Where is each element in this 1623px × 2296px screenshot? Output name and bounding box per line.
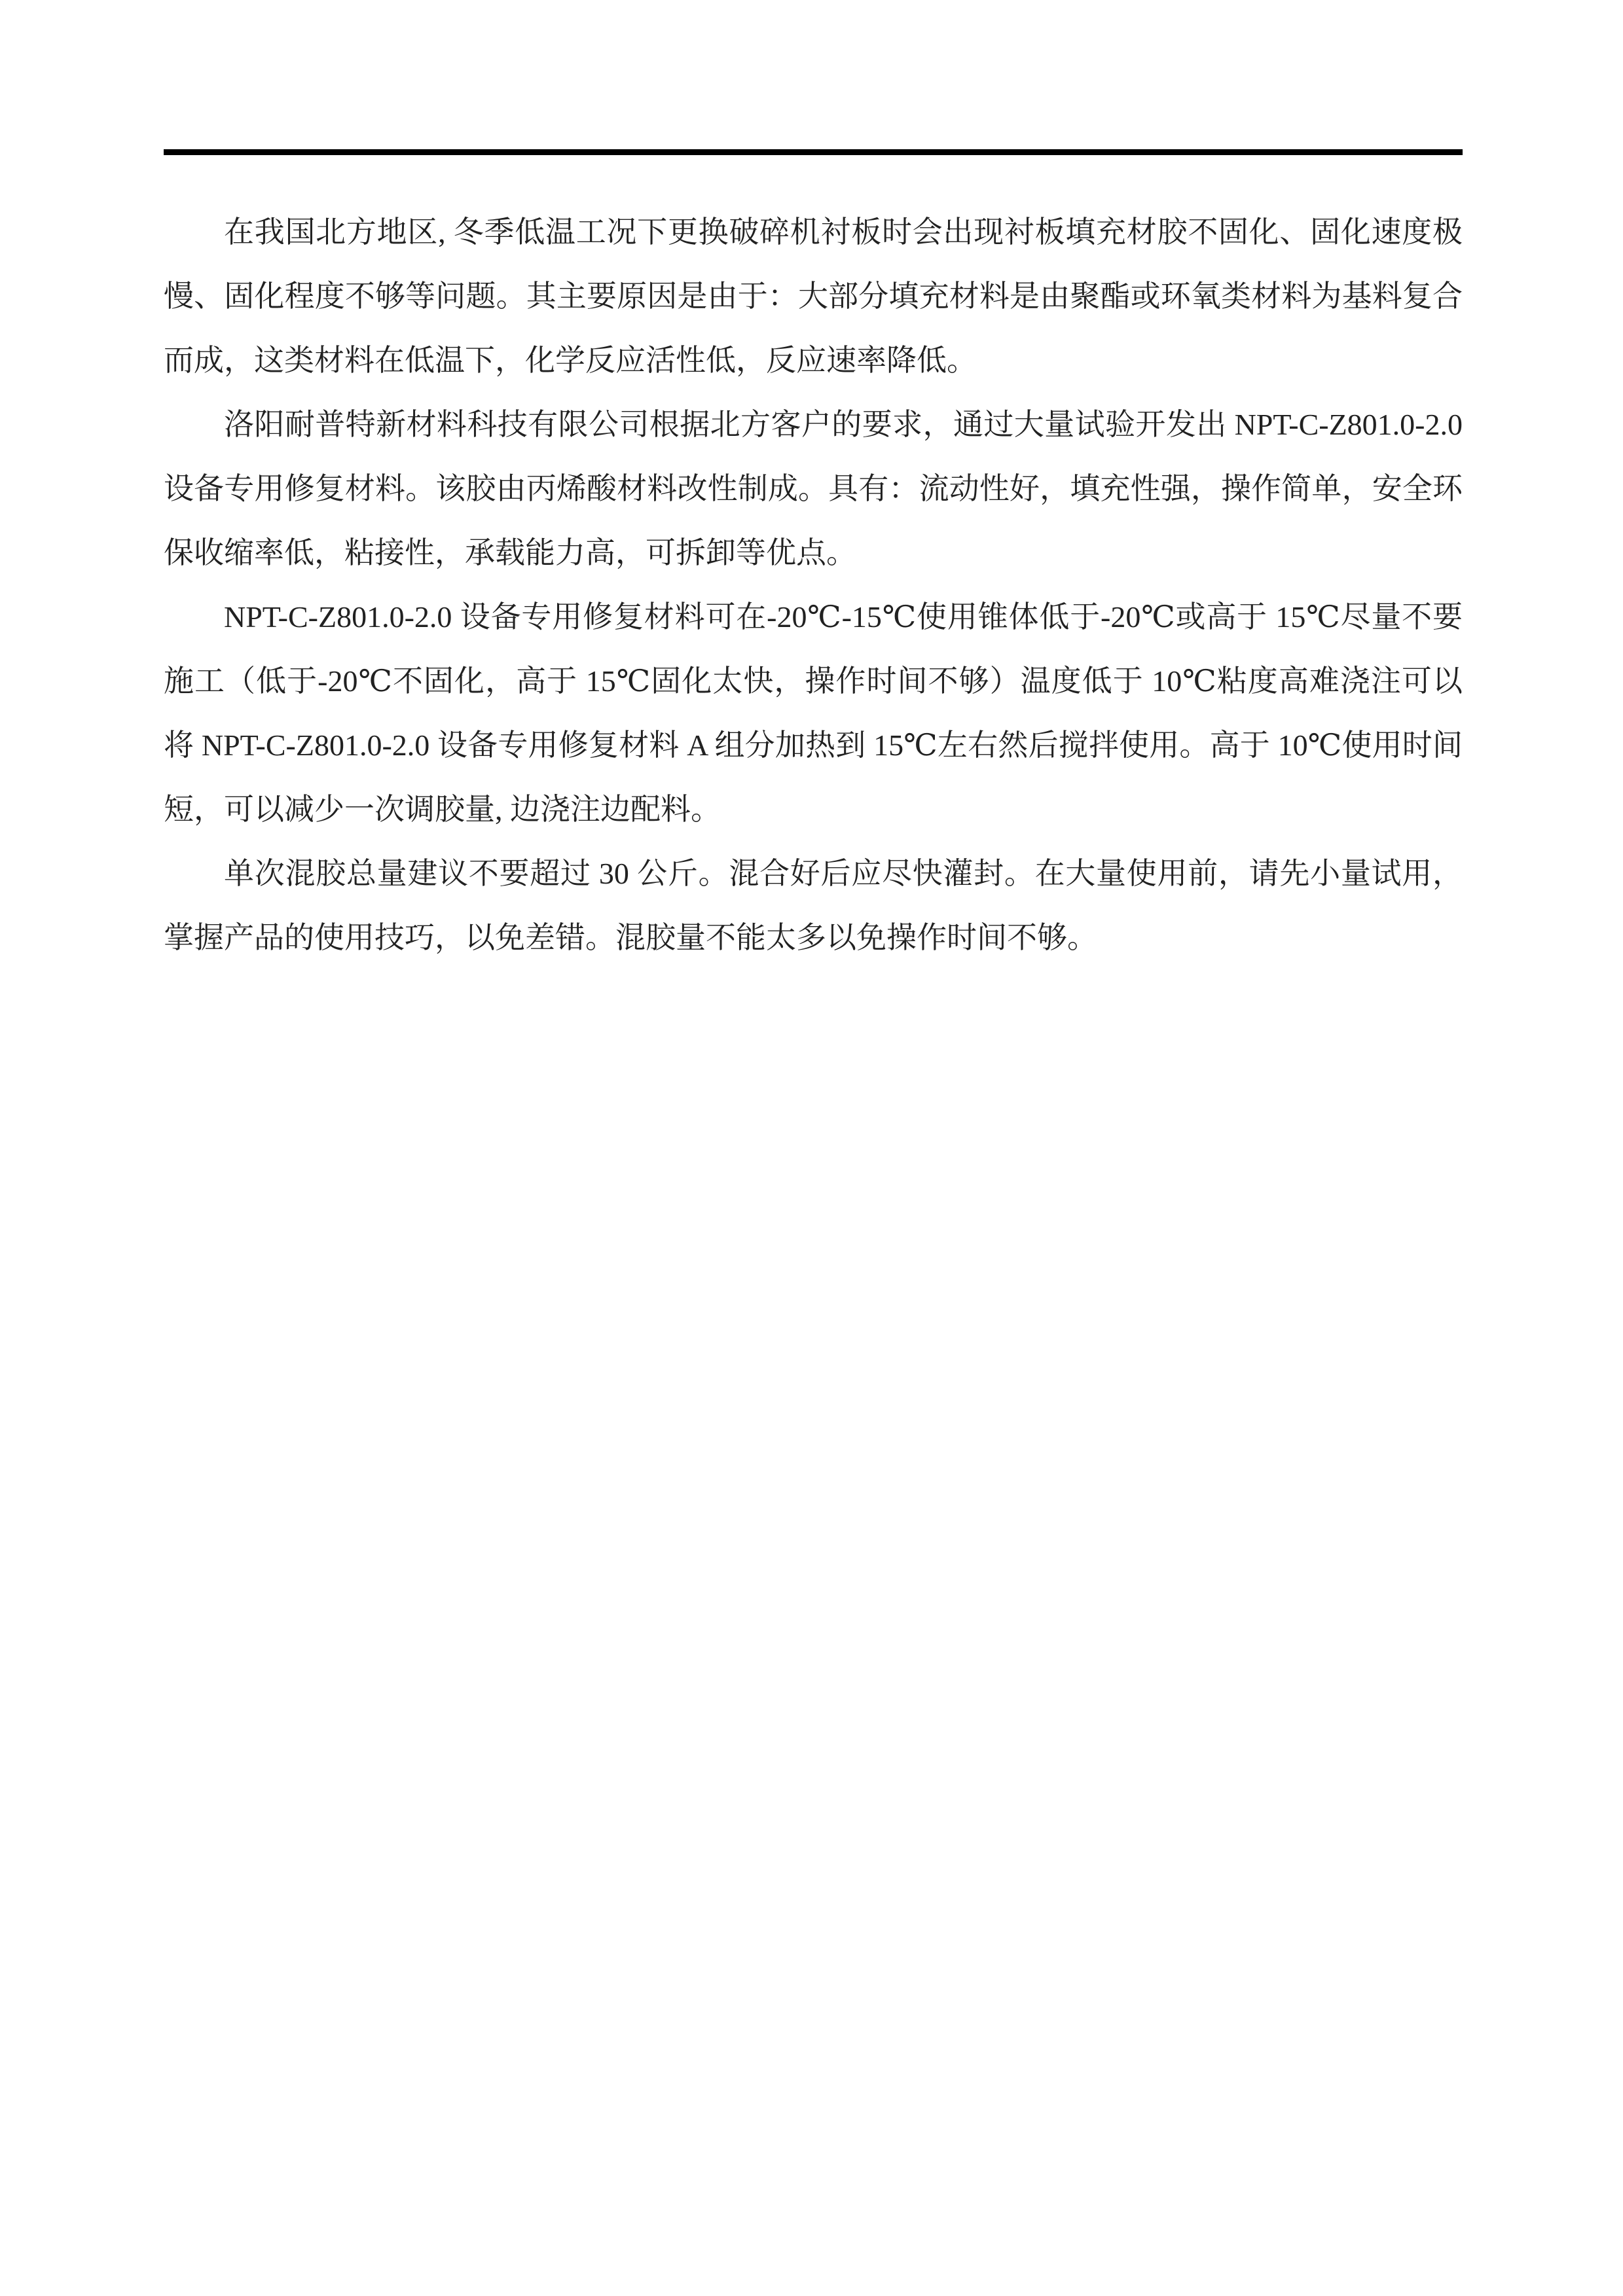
header-rule <box>164 149 1463 155</box>
paragraph-mixing-advice: 单次混胶总量建议不要超过 30 公斤。混合好后应尽快灌封。在大量使用前，请先小量… <box>164 842 1463 970</box>
paragraph-low-temp-problem: 在我国北方地区, 冬季低温工况下更换破碎机衬板时会出现衬板填充材胶不固化、固化速… <box>164 200 1463 393</box>
document-page: 在我国北方地区, 冬季低温工况下更换破碎机衬板时会出现衬板填充材胶不固化、固化速… <box>0 0 1623 2296</box>
paragraph-temperature-usage: NPT-C-Z801.0-2.0 设备专用修复材料可在-20℃-15℃使用锥体低… <box>164 585 1463 842</box>
paragraph-product-intro: 洛阳耐普特新材料科技有限公司根据北方客户的要求，通过大量试验开发出 NPT-C-… <box>164 393 1463 585</box>
document-body: 在我国北方地区, 冬季低温工况下更换破碎机衬板时会出现衬板填充材胶不固化、固化速… <box>164 200 1463 970</box>
